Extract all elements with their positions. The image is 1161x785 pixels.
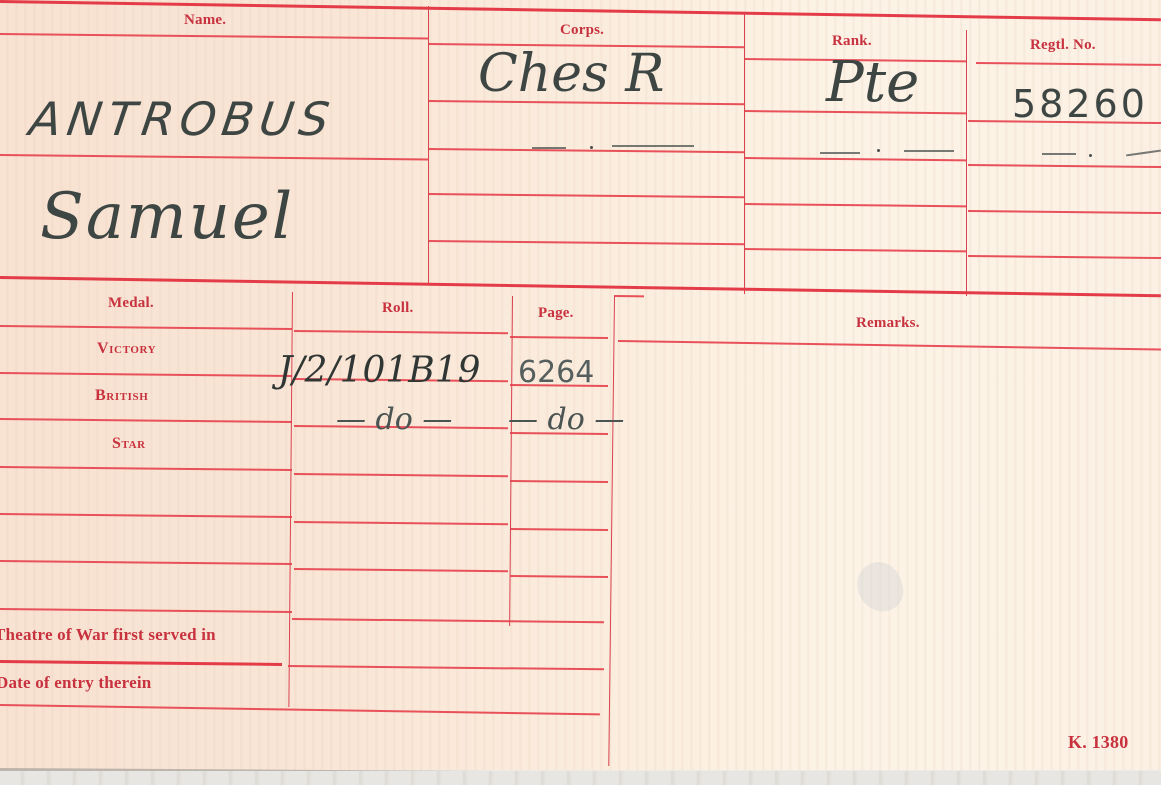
scan-background bbox=[0, 771, 1161, 785]
rank-value: Pte bbox=[826, 50, 919, 115]
british-roll-value: — do — bbox=[336, 402, 452, 437]
faint-stamp-mark bbox=[851, 556, 909, 618]
rule bbox=[510, 336, 608, 339]
rule bbox=[968, 255, 1161, 259]
forename-value: Samuel bbox=[40, 180, 294, 254]
rule bbox=[428, 193, 744, 198]
rule bbox=[0, 513, 292, 518]
remarks-label: Remarks. bbox=[856, 315, 920, 332]
rule bbox=[510, 480, 608, 483]
rule bbox=[0, 418, 292, 423]
rule bbox=[428, 240, 744, 245]
rule bbox=[510, 528, 608, 531]
british-page-value: — do — bbox=[508, 402, 624, 437]
rule bbox=[294, 521, 508, 525]
rule bbox=[428, 148, 744, 153]
victory-page-value: 6264 bbox=[518, 355, 594, 390]
medal-index-card: Name. Corps. Rank. Regtl. No. ANTROBUS S… bbox=[0, 0, 1161, 770]
section-divider-rule bbox=[0, 276, 1161, 297]
column-divider bbox=[428, 6, 429, 284]
rule bbox=[0, 466, 292, 471]
regtl-no-label: Regtl. No. bbox=[1030, 37, 1096, 54]
rank-label: Rank. bbox=[832, 33, 872, 50]
column-divider bbox=[966, 30, 967, 296]
form-number: K. 1380 bbox=[1068, 732, 1128, 753]
rule bbox=[618, 340, 1161, 351]
rule bbox=[0, 608, 292, 613]
rule bbox=[510, 575, 608, 578]
roll-label: Roll. bbox=[382, 300, 413, 317]
rule bbox=[976, 62, 1161, 66]
rule bbox=[0, 372, 292, 377]
rule bbox=[0, 660, 282, 666]
rule bbox=[0, 325, 292, 330]
rule bbox=[294, 473, 508, 477]
victory-roll-value: J/2/101B19 bbox=[278, 350, 481, 391]
page-label: Page. bbox=[538, 305, 574, 322]
medal-victory-label: Victory bbox=[97, 340, 156, 358]
date-of-entry-label: Date of entry therein bbox=[0, 673, 151, 693]
rule bbox=[0, 154, 428, 160]
medal-british-label: British bbox=[95, 387, 148, 405]
rule bbox=[0, 560, 292, 565]
column-divider bbox=[744, 14, 745, 294]
corps-value: Ches R bbox=[478, 44, 664, 104]
theatre-of-war-label: Theatre of War first served in bbox=[0, 625, 216, 645]
rule bbox=[288, 665, 604, 670]
rule bbox=[614, 295, 644, 297]
column-divider bbox=[608, 296, 615, 766]
rule bbox=[294, 330, 508, 334]
medal-star-label: Star bbox=[112, 435, 146, 453]
rule bbox=[744, 157, 966, 161]
surname-value: ANTROBUS bbox=[26, 92, 338, 146]
rule bbox=[968, 164, 1161, 168]
rule bbox=[968, 210, 1161, 214]
rule bbox=[0, 704, 600, 715]
regtl-no-value: 58260 bbox=[1012, 82, 1148, 126]
rule bbox=[292, 618, 604, 623]
rule bbox=[744, 203, 966, 207]
rule bbox=[294, 568, 508, 572]
rule bbox=[744, 248, 966, 252]
top-border-rule bbox=[0, 0, 1161, 21]
rule bbox=[0, 33, 428, 39]
medal-label: Medal. bbox=[108, 295, 154, 312]
corps-label: Corps. bbox=[560, 22, 604, 39]
name-label: Name. bbox=[184, 12, 226, 29]
